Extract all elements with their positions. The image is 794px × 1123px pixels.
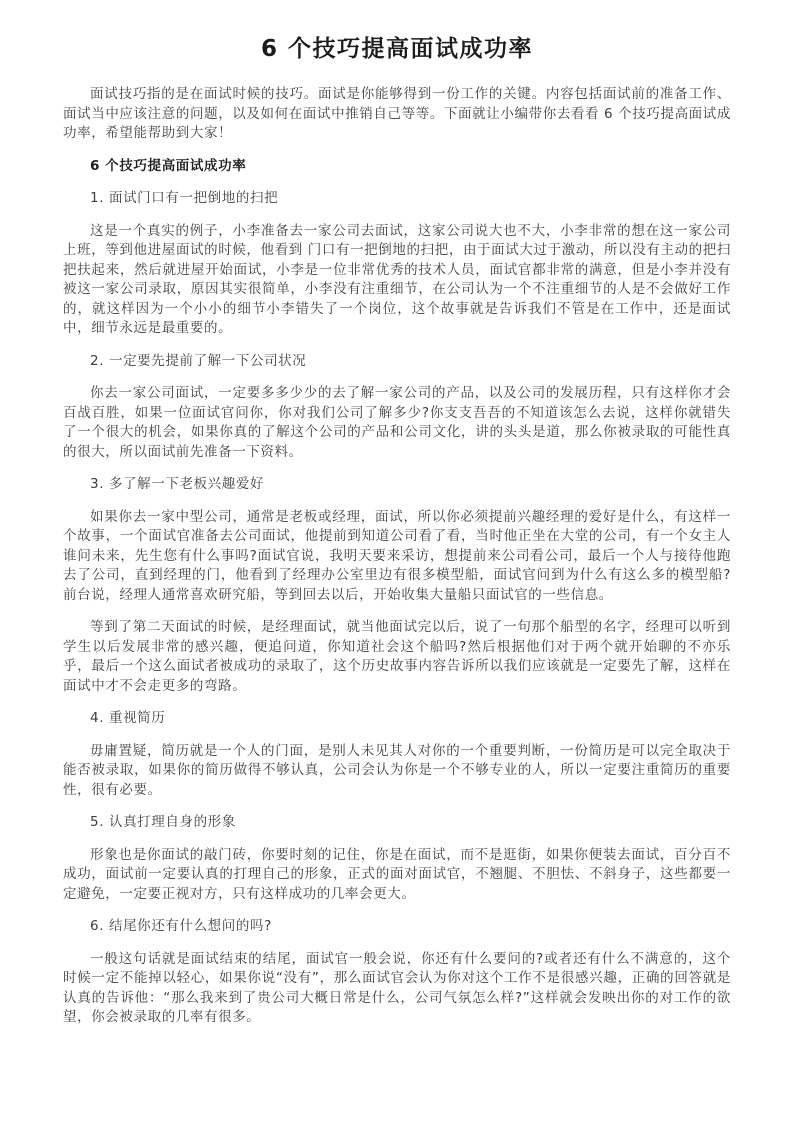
section-heading: 6. 结尾你还有什么想问的吗? <box>63 917 731 937</box>
section-heading: 1. 面试门口有一把倒地的扫把 <box>63 189 731 209</box>
section-paragraph: 等到了第二天面试的时候，是经理面试，就当他面试完以后，说了一句那个船型的名字，经… <box>63 618 731 696</box>
section-heading: 2. 一定要先提前了解一下公司状况 <box>63 352 731 372</box>
section-paragraph: 这是一个真实的例子，小李准备去一家公司去面试，这家公司说大也不大，小李非常的想在… <box>63 222 731 339</box>
section-heading: 3. 多了解一下老板兴趣爱好 <box>63 475 731 495</box>
section-paragraph: 形象也是你面试的敲门砖，你要时刻的记住，你是在面试，而不是逛街，如果你便装去面试… <box>63 846 731 905</box>
sections-container: 1. 面试门口有一把倒地的扫把这是一个真实的例子，小李准备去一家公司去面试，这家… <box>63 189 731 1028</box>
section-paragraph: 如果你去一家中型公司，通常是老板或经理，面试，所以你必须提前兴趣经理的爱好是什么… <box>63 508 731 606</box>
document-title: 6 个技巧提高面试成功率 <box>63 30 731 63</box>
section-paragraph: 一般这句话就是面试结束的结尾，面试官一般会说，你还有什么要问的?或者还有什么不满… <box>63 950 731 1028</box>
intro-paragraph: 面试技巧指的是在面试时候的技巧。面试是你能够得到一份工作的关键。内容包括面试前的… <box>63 85 731 144</box>
section-heading: 5. 认真打理自身的形象 <box>63 813 731 833</box>
section-paragraph: 毋庸置疑，简历就是一个人的门面，是别人未见其人对你的一个重要判断，一份简历是可以… <box>63 742 731 801</box>
section-paragraph: 你去一家公司面试，一定要多多少少的去了解一家公司的产品，以及公司的发展历程，只有… <box>63 384 731 462</box>
section-heading: 4. 重视简历 <box>63 709 731 729</box>
subheading: 6 个技巧提高面试成功率 <box>63 157 731 177</box>
document-page: 6 个技巧提高面试成功率 面试技巧指的是在面试时候的技巧。面试是你能够得到一份工… <box>0 0 794 1123</box>
